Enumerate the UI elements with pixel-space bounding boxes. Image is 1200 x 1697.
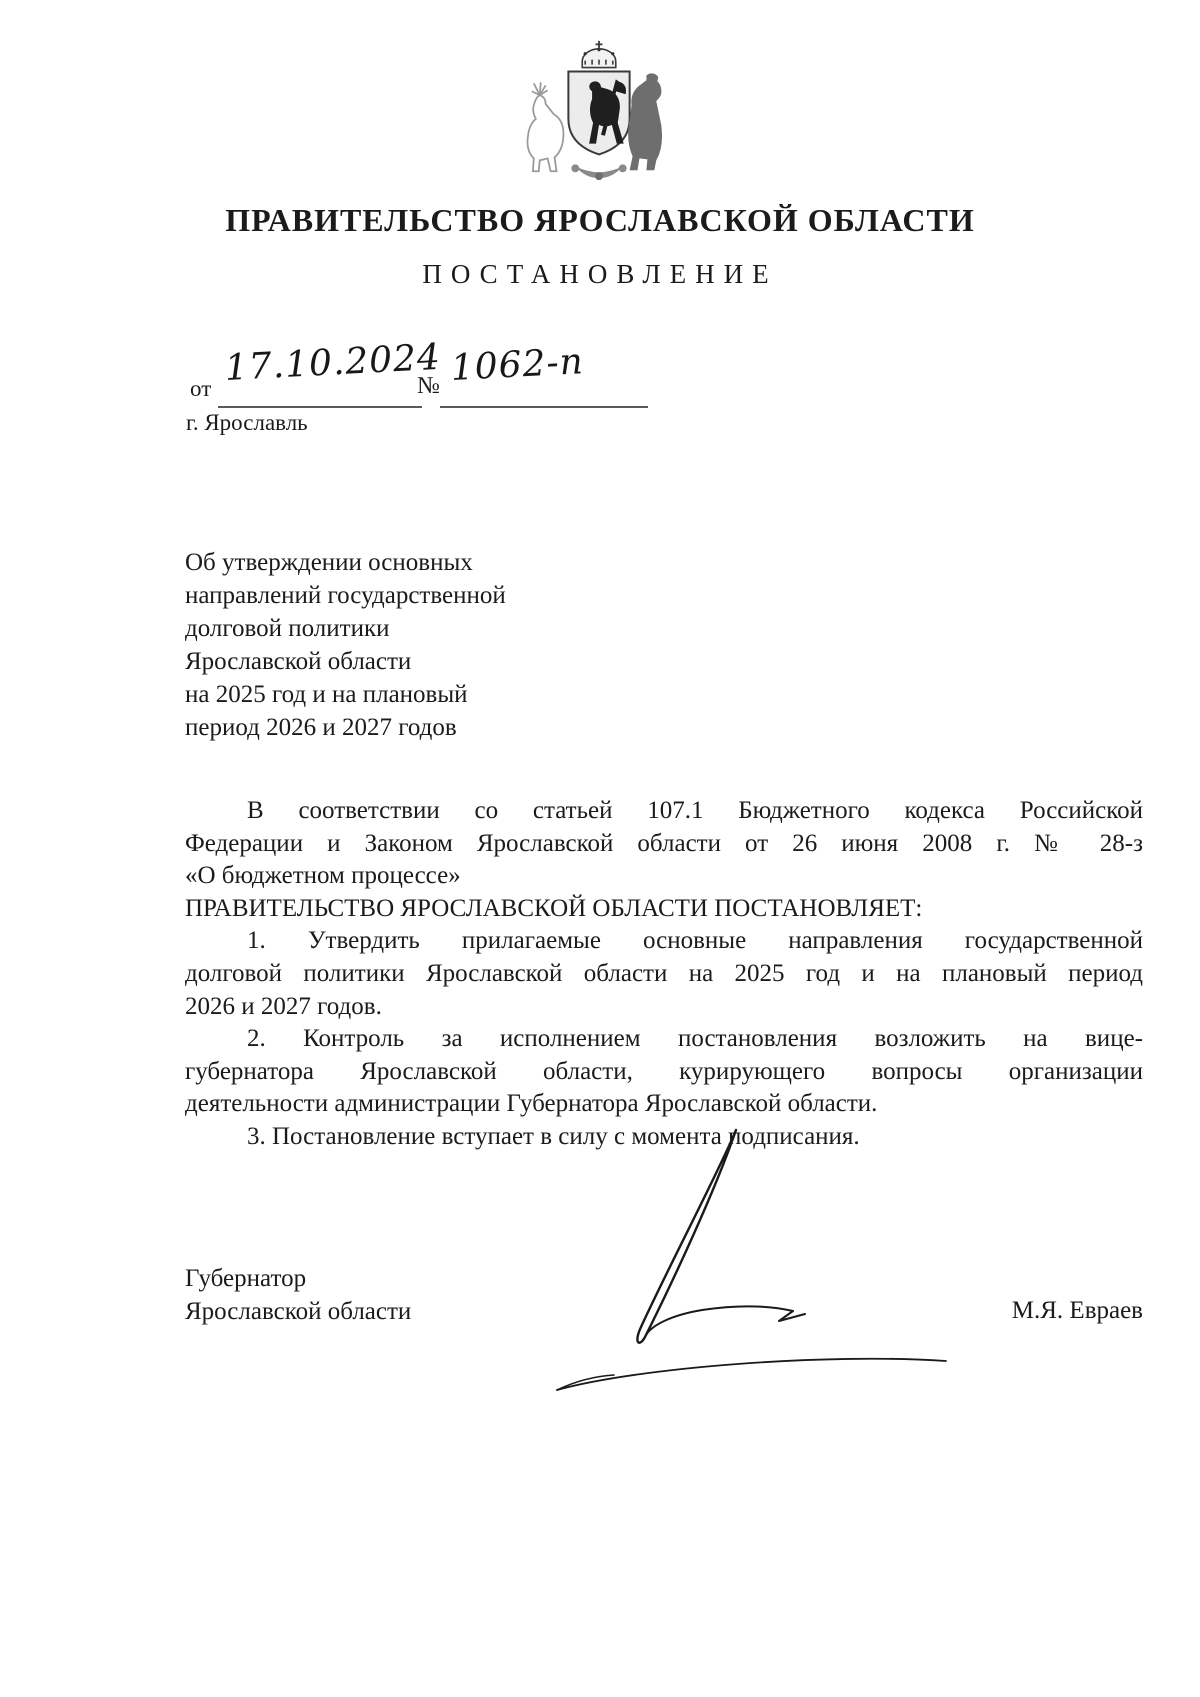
date-label: от	[190, 376, 211, 402]
document-page: ПРАВИТЕЛЬСТВО ЯРОСЛАВСКОЙ ОБЛАСТИ ПОСТАН…	[0, 0, 1200, 1697]
signoff-name: М.Я. Евраев	[1012, 1297, 1143, 1325]
signoff-position: Губернатор Ярославской области	[185, 1262, 411, 1328]
signoff-position-line: Ярославской области	[185, 1295, 411, 1328]
body-line: 2026 и 2027 годов.	[185, 991, 1143, 1024]
subject-line: на 2025 год и на плановый	[185, 678, 655, 711]
body-line: ПРАВИТЕЛЬСТВО ЯРОСЛАВСКОЙ ОБЛАСТИ ПОСТАН…	[185, 893, 1143, 926]
body-line: 2. Контроль за исполнением постановления…	[185, 1023, 1143, 1056]
coat-of-arms-icon	[520, 30, 678, 192]
subject-line: Ярославской области	[185, 645, 655, 678]
subject-line: Об утверждении основных	[185, 546, 655, 579]
date-underline	[218, 406, 422, 408]
ornament-icon	[571, 164, 626, 180]
bear-supporter-icon	[628, 73, 662, 170]
body-line: долговой политики Ярославской области на…	[185, 958, 1143, 991]
organization-title: ПРАВИТЕЛЬСТВО ЯРОСЛАВСКОЙ ОБЛАСТИ	[0, 202, 1200, 239]
body-line: губернатора Ярославской области, курирую…	[185, 1056, 1143, 1089]
signature-stroke	[500, 1095, 970, 1415]
number-value-handwritten: 1062-п	[450, 341, 585, 389]
deer-supporter-icon	[528, 82, 564, 171]
document-type-title: ПОСТАНОВЛЕНИЕ	[0, 259, 1200, 290]
subject-block: Об утверждении основных направлений госу…	[185, 546, 655, 744]
signoff-position-line: Губернатор	[185, 1262, 411, 1295]
body-line: «О бюджетном процессе»	[185, 860, 1143, 893]
body-line: В соответствии со статьей 107.1 Бюджетно…	[185, 795, 1143, 828]
subject-line: долговой политики	[185, 612, 655, 645]
crown-icon	[582, 41, 616, 68]
number-label: №	[417, 373, 440, 400]
subject-line: направлений государственной	[185, 579, 655, 612]
body-line: 1. Утвердить прилагаемые основные направ…	[185, 925, 1143, 958]
city-label: г. Ярославль	[186, 410, 308, 436]
number-underline	[440, 406, 648, 408]
body-line: Федерации и Законом Ярославской области …	[185, 828, 1143, 861]
date-value-handwritten: 17.10.2024	[224, 337, 442, 389]
subject-line: период 2026 и 2027 годов	[185, 711, 655, 744]
